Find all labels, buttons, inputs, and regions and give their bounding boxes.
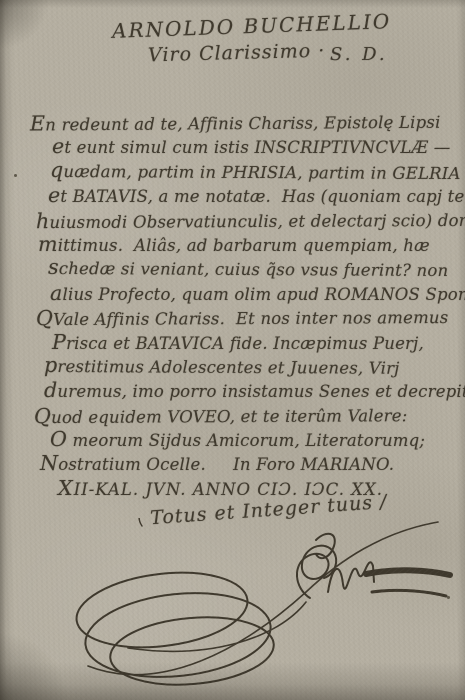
letter-body: En redeunt ad te, Affinis Chariss, Epist…	[0, 110, 465, 500]
letter-line: duremus, imo porro insistamus Senes et d…	[44, 378, 465, 402]
letter-line: prestitimus Adolescentes et Juuenes, Vir…	[44, 353, 465, 380]
signature-flourish	[10, 518, 458, 696]
letter-line: Nostratium Ocelle. In Foro MARIANO.	[40, 451, 465, 475]
manuscript-letter-page: ARNOLDO BUCHELLIO Viro Clarissimo · S. D…	[0, 0, 465, 700]
signature-monogram	[128, 534, 374, 652]
letter-line: mittimus. Aliâs, ad barbarum quempiam, h…	[38, 232, 465, 256]
ink-dot	[14, 174, 17, 177]
recipient-title: Viro Clarissimo ·	[148, 40, 326, 67]
letter-line: quædam, partim in PHRISIA, partim in GEL…	[50, 158, 465, 185]
letter-line: Prisca et BATAVICA fide. Incæpimus Puerj…	[52, 330, 465, 354]
letter-line: et eunt simul cum istis INSCRIPTIVNCVLÆ …	[52, 134, 465, 158]
letter-line: huiusmodi Observatiunculis, et delectarj…	[36, 206, 465, 233]
letter-line: et BATAVIS, a me notatæ. Has (quoniam ca…	[48, 183, 465, 207]
letter-line: alius Profecto, quam olim apud ROMANOS S…	[50, 281, 465, 305]
flourish-connector	[88, 522, 438, 675]
signature-loops	[72, 564, 276, 691]
letter-line: XII-KAL. JVN. ANNO CIƆ. IƆC. XX.	[58, 476, 465, 500]
letter-line: schedæ si veniant, cuius q̃so vsus fueri…	[48, 255, 465, 282]
letter-line: O meorum Sijdus Amicorum, Literatorumq;	[50, 427, 465, 451]
salutation: S. D.	[330, 44, 388, 65]
letter-line: Quod equidem VOVEO, et te iterûm Valere:	[34, 402, 465, 429]
signature-dashes	[366, 570, 450, 596]
letter-line: QVale Affinis Chariss. Et nos inter nos …	[36, 304, 465, 331]
letter-line: En redeunt ad te, Affinis Chariss, Epist…	[30, 108, 465, 135]
recipient-name: ARNOLDO BUCHELLIO	[112, 9, 392, 43]
flourish-stroke	[139, 518, 148, 526]
